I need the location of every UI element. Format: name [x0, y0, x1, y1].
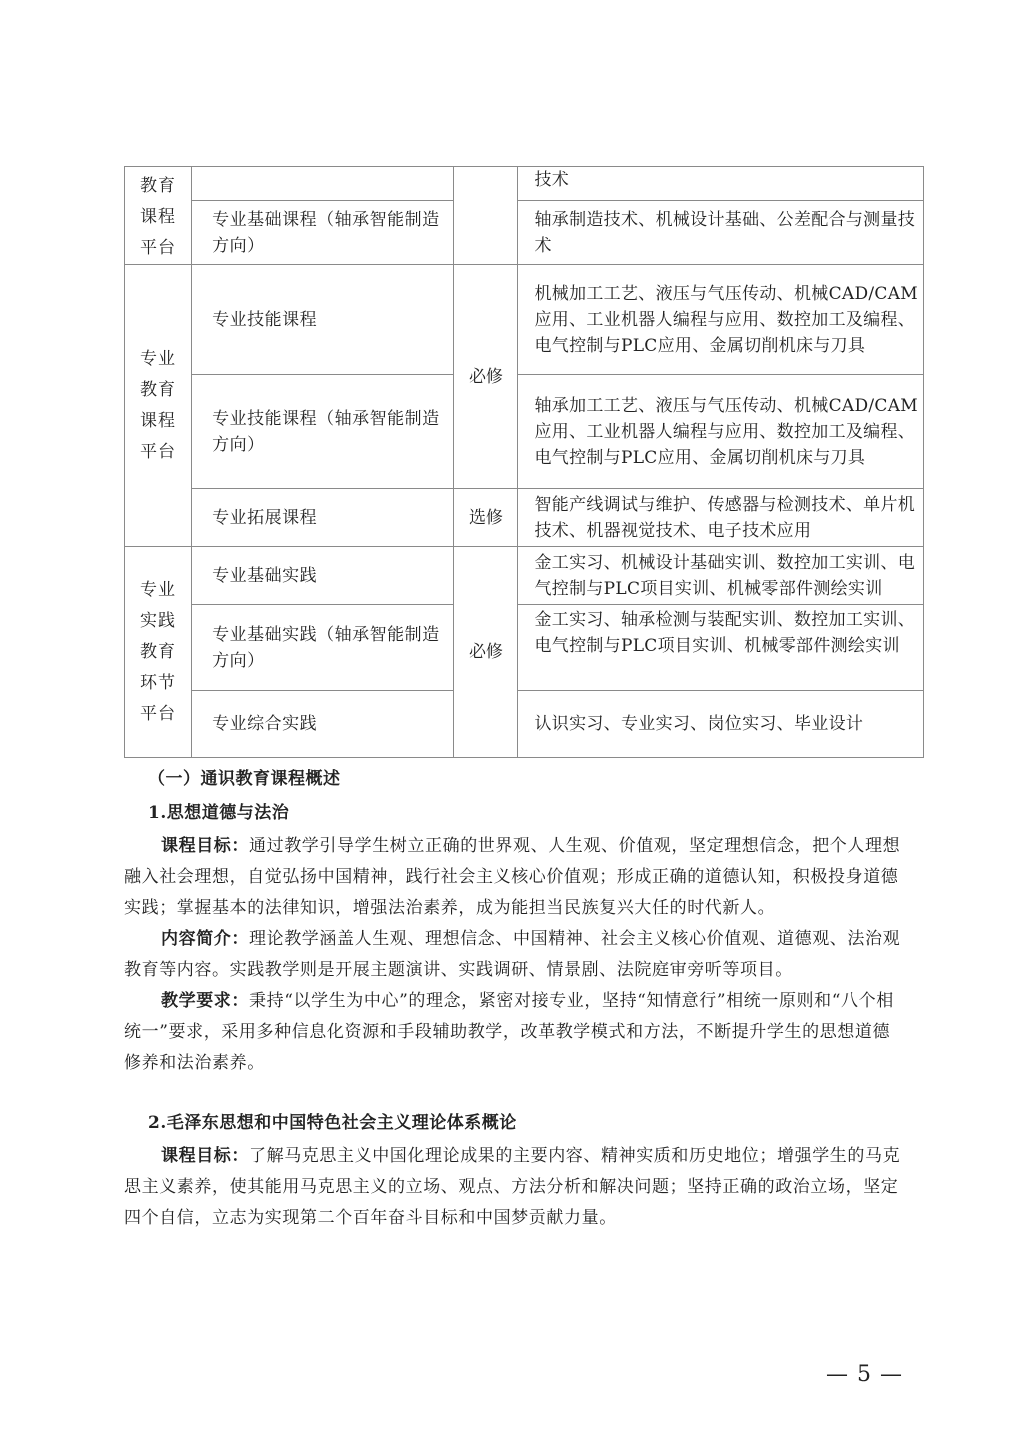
platform-cell: 教育 课程 平台 [125, 167, 192, 265]
requirement-cell: 必修 [454, 265, 518, 489]
content-cell: 轴承加工工艺、液压与气压传动、机械CAD/CAM应用、工业机器人编程与应用、数控… [518, 375, 924, 489]
content-cell: 金工实习、轴承检测与装配实训、数控加工实训、电气控制与PLC项目实训、机械零部件… [518, 605, 924, 691]
table-row: 专业 实践 教育 环节 平台 专业基础实践 必修 金工实习、机械设计基础实训、数… [125, 547, 924, 605]
table-row: 专业基础课程（轴承智能制造方向） 轴承制造技术、机械设计基础、公差配合与测量技术 [125, 201, 924, 265]
table-row: 专业基础实践（轴承智能制造方向） 金工实习、轴承检测与装配实训、数控加工实训、电… [125, 605, 924, 691]
table-row: 专业技能课程（轴承智能制造方向） 轴承加工工艺、液压与气压传动、机械CAD/CA… [125, 375, 924, 489]
platform-label-line: 教育 [140, 637, 176, 668]
course-description: 课程目标：通过教学引导学生树立正确的世界观、人生观、价值观，坚定理想信念，把个人… [124, 831, 904, 1079]
paragraph-label: 课程目标： [161, 1146, 249, 1166]
table-row: 专业综合实践 认识实习、专业实习、岗位实习、毕业设计 [125, 691, 924, 758]
content-cell: 认识实习、专业实习、岗位实习、毕业设计 [518, 691, 924, 758]
paragraph-label: 教学要求： [161, 991, 249, 1011]
paragraph: 教学要求：秉持“以学生为中心”的理念，紧密对接专业，坚持“知情意行”相统一原则和… [124, 986, 904, 1079]
category-cell: 专业综合实践 [192, 691, 454, 758]
platform-cell: 专业 实践 教育 环节 平台 [125, 547, 192, 758]
content-cell: 智能产线调试与维护、传感器与检测技术、单片机技术、机器视觉技术、电子技术应用 [518, 489, 924, 547]
platform-label-line: 课程 [140, 406, 176, 437]
platform-label-line: 平台 [140, 699, 176, 730]
paragraph-label: 内容简介： [161, 929, 249, 949]
platform-label-line: 实践 [140, 606, 176, 637]
table-row: 专业 教育 课程 平台 专业技能课程 必修 机械加工工艺、液压与气压传动、机械C… [125, 265, 924, 375]
platform-label-line: 课程 [140, 202, 176, 233]
requirement-cell [454, 167, 518, 265]
content-cell: 轴承制造技术、机械设计基础、公差配合与测量技术 [518, 201, 924, 265]
table-row: 教育 课程 平台 技术 [125, 167, 924, 201]
paragraph: 内容简介：理论教学涵盖人生观、理想信念、中国精神、社会主义核心价值观、道德观、法… [124, 924, 904, 986]
platform-label-line: 环节 [140, 668, 176, 699]
category-cell [192, 167, 454, 201]
requirement-cell: 必修 [454, 547, 518, 758]
content-cell: 金工实习、机械设计基础实训、数控加工实训、电气控制与PLC项目实训、机械零部件测… [518, 547, 924, 605]
platform-label-line: 平台 [140, 437, 176, 468]
paragraph-label: 课程目标： [161, 836, 249, 856]
paragraph: 课程目标：通过教学引导学生树立正确的世界观、人生观、价值观，坚定理想信念，把个人… [124, 831, 904, 924]
platform-label-line: 教育 [140, 171, 176, 202]
content-cell: 技术 [518, 167, 924, 201]
page-number: — 5 — [826, 1362, 903, 1387]
content-cell: 机械加工工艺、液压与气压传动、机械CAD/CAM应用、工业机器人编程与应用、数控… [518, 265, 924, 375]
category-cell: 专业基础课程（轴承智能制造方向） [192, 201, 454, 265]
category-cell: 专业技能课程 [192, 265, 454, 375]
category-cell: 专业基础实践 [192, 547, 454, 605]
platform-label-line: 教育 [140, 375, 176, 406]
document-page: 教育 课程 平台 技术 专业基础课程（轴承智能制造方向） 轴承制造技术、机械设计… [0, 0, 1024, 1448]
platform-label-line: 平台 [140, 233, 176, 264]
curriculum-table: 教育 课程 平台 技术 专业基础课程（轴承智能制造方向） 轴承制造技术、机械设计… [124, 166, 924, 758]
category-cell: 专业技能课程（轴承智能制造方向） [192, 375, 454, 489]
course-description: 课程目标：了解马克思主义中国化理论成果的主要内容、精神实质和历史地位；增强学生的… [124, 1141, 904, 1234]
section-heading: （一）通识教育课程概述 [148, 766, 341, 792]
course-title: 1.思想道德与法治 [148, 800, 289, 826]
platform-cell: 专业 教育 课程 平台 [125, 265, 192, 547]
category-cell: 专业基础实践（轴承智能制造方向） [192, 605, 454, 691]
paragraph: 课程目标：了解马克思主义中国化理论成果的主要内容、精神实质和历史地位；增强学生的… [124, 1141, 904, 1234]
table-row: 专业拓展课程 选修 智能产线调试与维护、传感器与检测技术、单片机技术、机器视觉技… [125, 489, 924, 547]
category-cell: 专业拓展课程 [192, 489, 454, 547]
requirement-cell: 选修 [454, 489, 518, 547]
platform-label-line: 专业 [140, 575, 176, 606]
course-title: 2.毛泽东思想和中国特色社会主义理论体系概论 [148, 1110, 517, 1136]
platform-label-line: 专业 [140, 344, 176, 375]
